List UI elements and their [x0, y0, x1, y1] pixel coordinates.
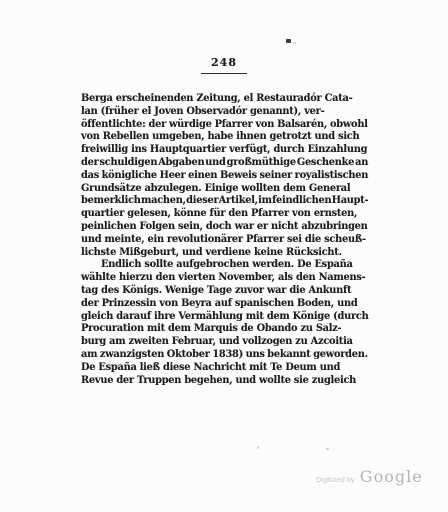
text-line: quartier gelesen, könne für den Pfarrer …	[81, 208, 368, 221]
text-line: gleich darauf ihre Vermählung mit dem Kö…	[81, 311, 368, 324]
text-line: De España ließ diese Nachricht mit Te De…	[81, 362, 368, 375]
text-line: peinlichen Folgen sein, doch war er nich…	[81, 221, 368, 234]
text-line: und meinte, ein revolutionärer Pfarrer s…	[81, 234, 368, 247]
text-line: Revue der Truppen begehen, und wollte si…	[81, 375, 368, 388]
text-line: lichste Mißgeburt, und verdiene keine Rü…	[81, 247, 368, 260]
text-line: Berga erscheinenden Zeitung, el Restaura…	[81, 93, 368, 106]
scanned-book-page: 248 Berga erscheinenden Zeitung, el Rest…	[0, 0, 448, 512]
text-line: freiwillig ins Hauptquartier verfügt, du…	[81, 144, 368, 157]
text-line: bemerklich machen, dieser Artikel, im fe…	[81, 195, 368, 208]
text-line: wählte hierzu den vierten November, als …	[81, 272, 368, 285]
text-line: der Prinzessin von Beyra auf spanischen …	[81, 298, 368, 311]
page-number: 248	[0, 56, 448, 69]
ink-speck	[286, 39, 291, 43]
text-line: burg am zweiten Februar, und vollzogen z…	[81, 336, 368, 349]
text-line: Endlich sollte aufgebrochen werden. De E…	[81, 259, 368, 272]
page-number-rule	[201, 73, 247, 74]
text-line: Grundsätze abzulegen. Einige wollten dem…	[81, 183, 368, 196]
text-line: öffentlichte: der würdige Pfarrer von Ba…	[81, 119, 368, 132]
google-logo: Google	[360, 467, 423, 486]
text-line: von Rebellen umgeben, habe ihnen getrotz…	[81, 131, 368, 144]
text-line: Procuration mit dem Marquis de Obando zu…	[81, 323, 368, 336]
text-line: tag des Königs. Wenige Tage zuvor war di…	[81, 285, 368, 298]
text-line: der schuldigen Abgaben und großmüthige G…	[81, 157, 368, 170]
google-watermark: Digitized by Google	[316, 467, 423, 486]
text-line: lan (früher el Joven Observadór genannt)…	[81, 106, 368, 119]
text-line: das königliche Heer einen Beweis seiner …	[81, 170, 368, 183]
ink-speck	[257, 446, 259, 449]
page-header: 248	[0, 56, 448, 74]
digitized-by-label: Digitized by	[316, 475, 355, 484]
text-line: am zwanzigsten Oktober 1838) uns bekannt…	[81, 349, 368, 362]
body-text: Berga erscheinenden Zeitung, el Restaura…	[81, 93, 368, 387]
ink-speck	[326, 448, 329, 450]
